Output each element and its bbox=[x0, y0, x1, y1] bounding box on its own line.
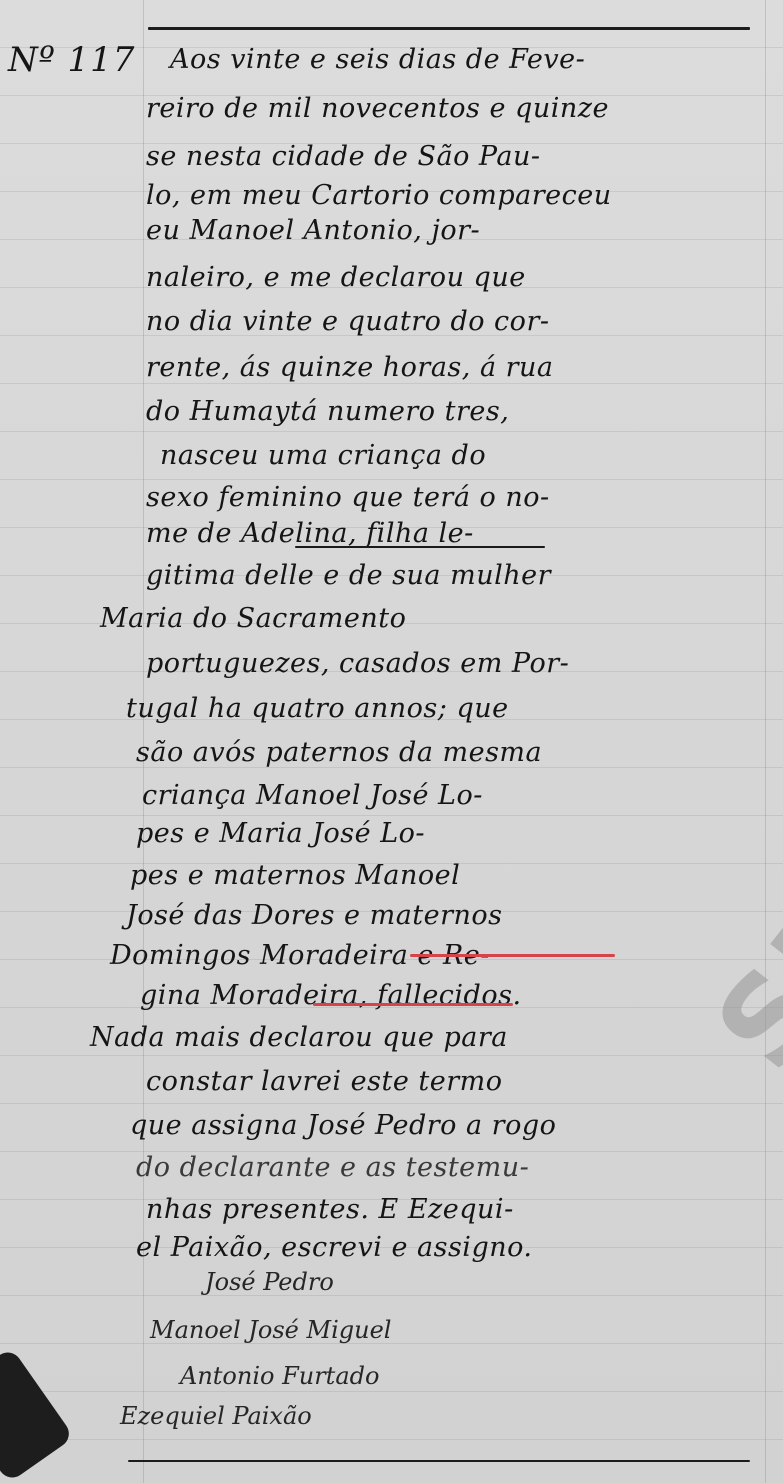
signature-ezequiel-paixao: Ezequiel Paixão bbox=[120, 1402, 312, 1430]
bottom-rule bbox=[128, 1460, 750, 1462]
text-line: nhas presentes. E Ezequi- bbox=[146, 1194, 514, 1225]
text-line: portuguezes, casados em Por- bbox=[146, 648, 569, 679]
text-line: do Humaytá numero tres, bbox=[146, 396, 509, 427]
text-line: que assigna José Pedro a rogo bbox=[130, 1110, 556, 1141]
text-line: me de Adelina, filha le- bbox=[146, 518, 474, 549]
text-line: se nesta cidade de São Pau- bbox=[146, 141, 541, 172]
signature-antonio-furtado: Antonio Furtado bbox=[180, 1362, 379, 1390]
name-underline bbox=[295, 546, 545, 548]
text-line: no dia vinte e quatro do cor- bbox=[146, 306, 549, 337]
text-line: José das Dores e maternos bbox=[126, 900, 503, 931]
text-line: gitima delle e de sua mulher bbox=[146, 560, 551, 591]
text-line: Aos vinte e seis dias de Feve- bbox=[170, 44, 585, 75]
text-line: criança Manoel José Lo- bbox=[142, 780, 483, 811]
dark-corner-shape bbox=[0, 1347, 74, 1483]
highlight-underline-moradeira-2 bbox=[313, 1003, 513, 1006]
text-line: gina Moradeira, fallecidos. bbox=[140, 980, 522, 1011]
signature-manoel-jose-miguel: Manoel José Miguel bbox=[150, 1316, 391, 1344]
text-line: el Paixão, escrevi e assigno. bbox=[136, 1232, 532, 1263]
text-line: lo, em meu Cartorio compareceu bbox=[146, 180, 612, 211]
document-page: Nº 117 Aos vinte e seis dias de Feve- re… bbox=[0, 0, 783, 1483]
text-line: do declarante e as testemu- bbox=[136, 1152, 529, 1183]
text-line: constar lavrei este termo bbox=[146, 1066, 503, 1097]
text-line: pes e maternos Manoel bbox=[130, 860, 460, 891]
text-line: sexo feminino que terá o no- bbox=[146, 482, 550, 513]
entry-number: Nº 117 bbox=[8, 40, 135, 80]
text-line: tugal ha quatro annos; que bbox=[126, 693, 509, 724]
text-line: rente, ás quinze horas, á rua bbox=[146, 352, 554, 383]
text-line: Maria do Sacramento bbox=[100, 603, 406, 634]
text-line: Nada mais declarou que para bbox=[90, 1022, 508, 1053]
text-line: naleiro, e me declarou que bbox=[146, 262, 526, 293]
watermark: SE bbox=[690, 871, 783, 1096]
text-line: pes e Maria José Lo- bbox=[136, 818, 425, 849]
text-line: eu Manoel Antonio, jor- bbox=[146, 215, 480, 246]
signature-jose-pedro: José Pedro bbox=[205, 1268, 334, 1296]
highlight-underline-moradeira-1 bbox=[410, 954, 615, 957]
top-rule bbox=[148, 27, 750, 30]
text-line: nasceu uma criança do bbox=[160, 440, 486, 471]
text-line: reiro de mil novecentos e quinze bbox=[146, 93, 609, 124]
right-margin-line bbox=[765, 0, 766, 1483]
text-line: são avós paternos da mesma bbox=[136, 737, 542, 768]
